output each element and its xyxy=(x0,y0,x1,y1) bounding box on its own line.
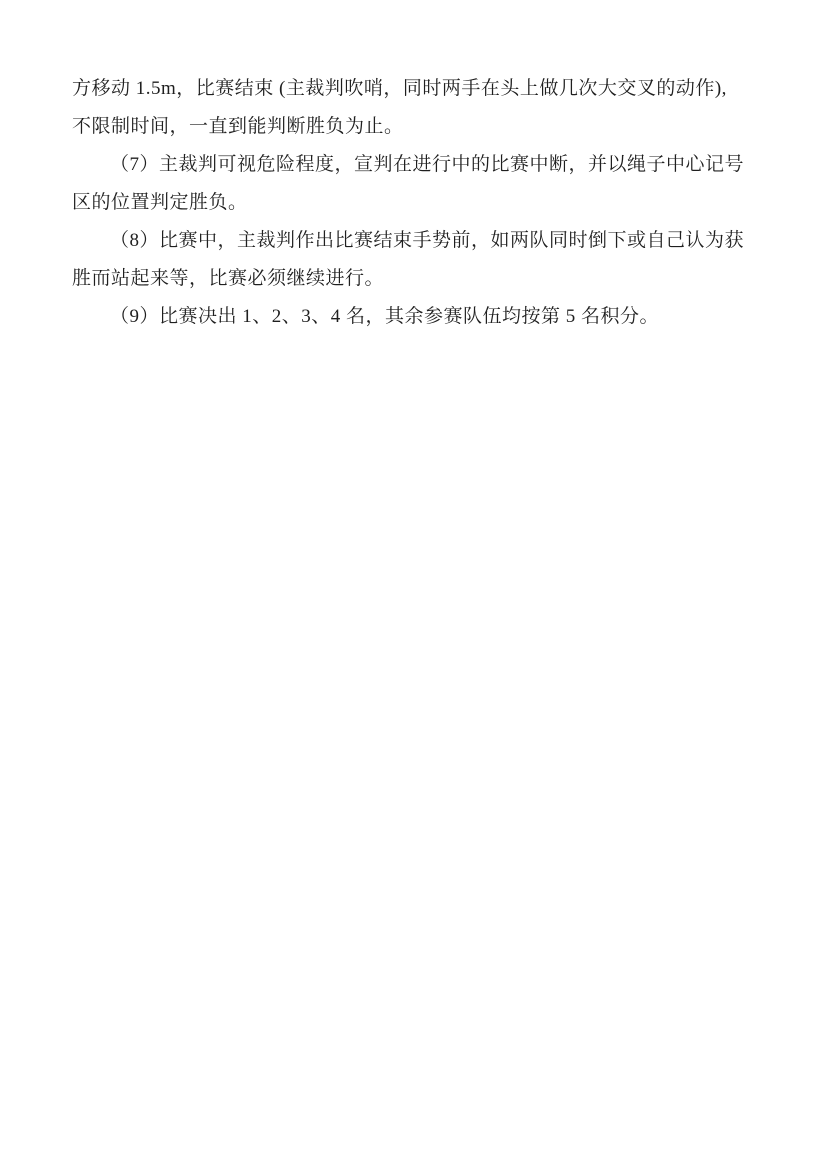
paragraph-continuation: 方移动 1.5m，比赛结束 (主裁判吹哨，同时两手在头上做几次大交叉的动作), … xyxy=(72,70,757,146)
paragraph-continuation-line-2: 不限制时间，一直到能判断胜负为止。 xyxy=(72,108,757,146)
paragraph-item-7: （7）主裁判可视危险程度，宣判在进行中的比赛中断，并以绳子中心记号 区的位置判定… xyxy=(72,146,757,222)
document-page: 方移动 1.5m，比赛结束 (主裁判吹哨，同时两手在头上做几次大交叉的动作), … xyxy=(0,0,827,1169)
paragraph-item-7-line-1: （7）主裁判可视危险程度，宣判在进行中的比赛中断，并以绳子中心记号 xyxy=(72,146,757,184)
paragraph-item-7-line-2: 区的位置判定胜负。 xyxy=(72,184,757,222)
paragraph-item-8-line-2: 胜而站起来等，比赛必须继续进行。 xyxy=(72,260,757,298)
paragraph-continuation-line-1: 方移动 1.5m，比赛结束 (主裁判吹哨，同时两手在头上做几次大交叉的动作), xyxy=(72,70,757,108)
paragraph-item-8-line-1: （8）比赛中，主裁判作出比赛结束手势前，如两队同时倒下或自己认为获 xyxy=(72,222,757,260)
paragraph-item-9: （9）比赛决出 1、2、3、4 名，其余参赛队伍均按第 5 名积分。 xyxy=(72,298,757,336)
document-content: 方移动 1.5m，比赛结束 (主裁判吹哨，同时两手在头上做几次大交叉的动作), … xyxy=(0,0,827,336)
paragraph-item-8: （8）比赛中，主裁判作出比赛结束手势前，如两队同时倒下或自己认为获 胜而站起来等… xyxy=(72,222,757,298)
paragraph-item-9-line-1: （9）比赛决出 1、2、3、4 名，其余参赛队伍均按第 5 名积分。 xyxy=(72,298,757,336)
